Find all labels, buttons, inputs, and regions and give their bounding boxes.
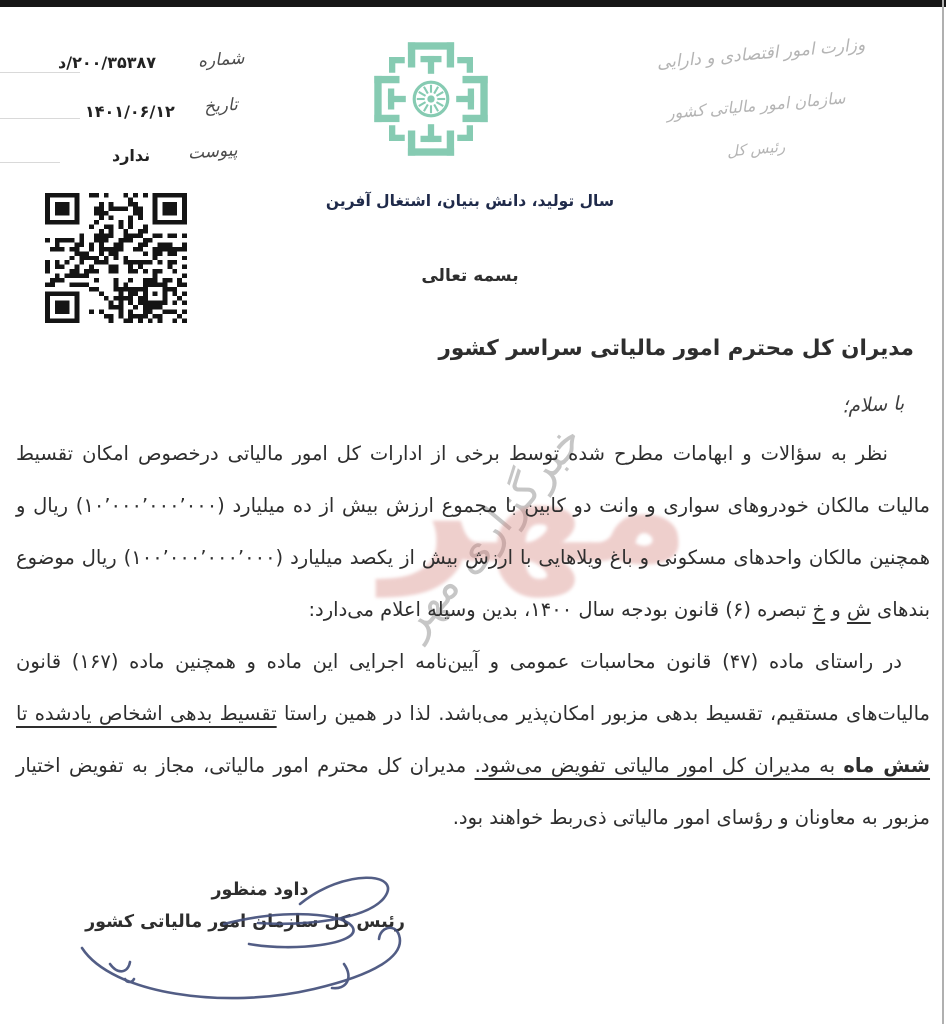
scan-right-edge [942,0,944,1024]
document-number-label: شماره [197,48,245,71]
letter-body: نظر به سؤالات و ابهامات مطرح شده توسط بر… [16,428,930,844]
qr-code [45,193,187,323]
meta-rule-1 [0,72,80,73]
document-number-value: ۲۰۰/۳۵۳۸۷/د [58,53,186,72]
tax-administration-emblem [366,36,496,162]
meta-rule-3 [0,162,60,163]
letterhead-organization: سازمان امور مالیاتی کشور [641,86,872,125]
scan-top-edge [0,0,946,7]
signature-scribble [52,868,442,1023]
body-paragraph-2: در راستای ماده (۴۷) قانون محاسبات عمومی … [16,636,930,844]
body-paragraph-1: نظر به سؤالات و ابهامات مطرح شده توسط بر… [16,428,930,636]
attachment-value: ندارد [112,146,182,165]
date-label: تاریخ [203,95,238,117]
scanned-letter-page: { "colors": { "emblem_green": "#86cbb2",… [0,0,946,1024]
besmele: بسمه تعالی [330,266,610,286]
meta-rule-2 [0,118,80,119]
date-value: ۱۴۰۱/۰۶/۱۲ [85,102,185,121]
letterhead-ministry: وزارت امور اقتصادی و دارایی [631,33,892,76]
year-slogan: سال تولید، دانش بنیان، اشتغال آفرین [320,192,620,210]
greeting: با سلام؛ [841,392,904,417]
letterhead-role: رئیس کل [700,135,811,163]
attachment-label: پیوست [187,140,238,163]
